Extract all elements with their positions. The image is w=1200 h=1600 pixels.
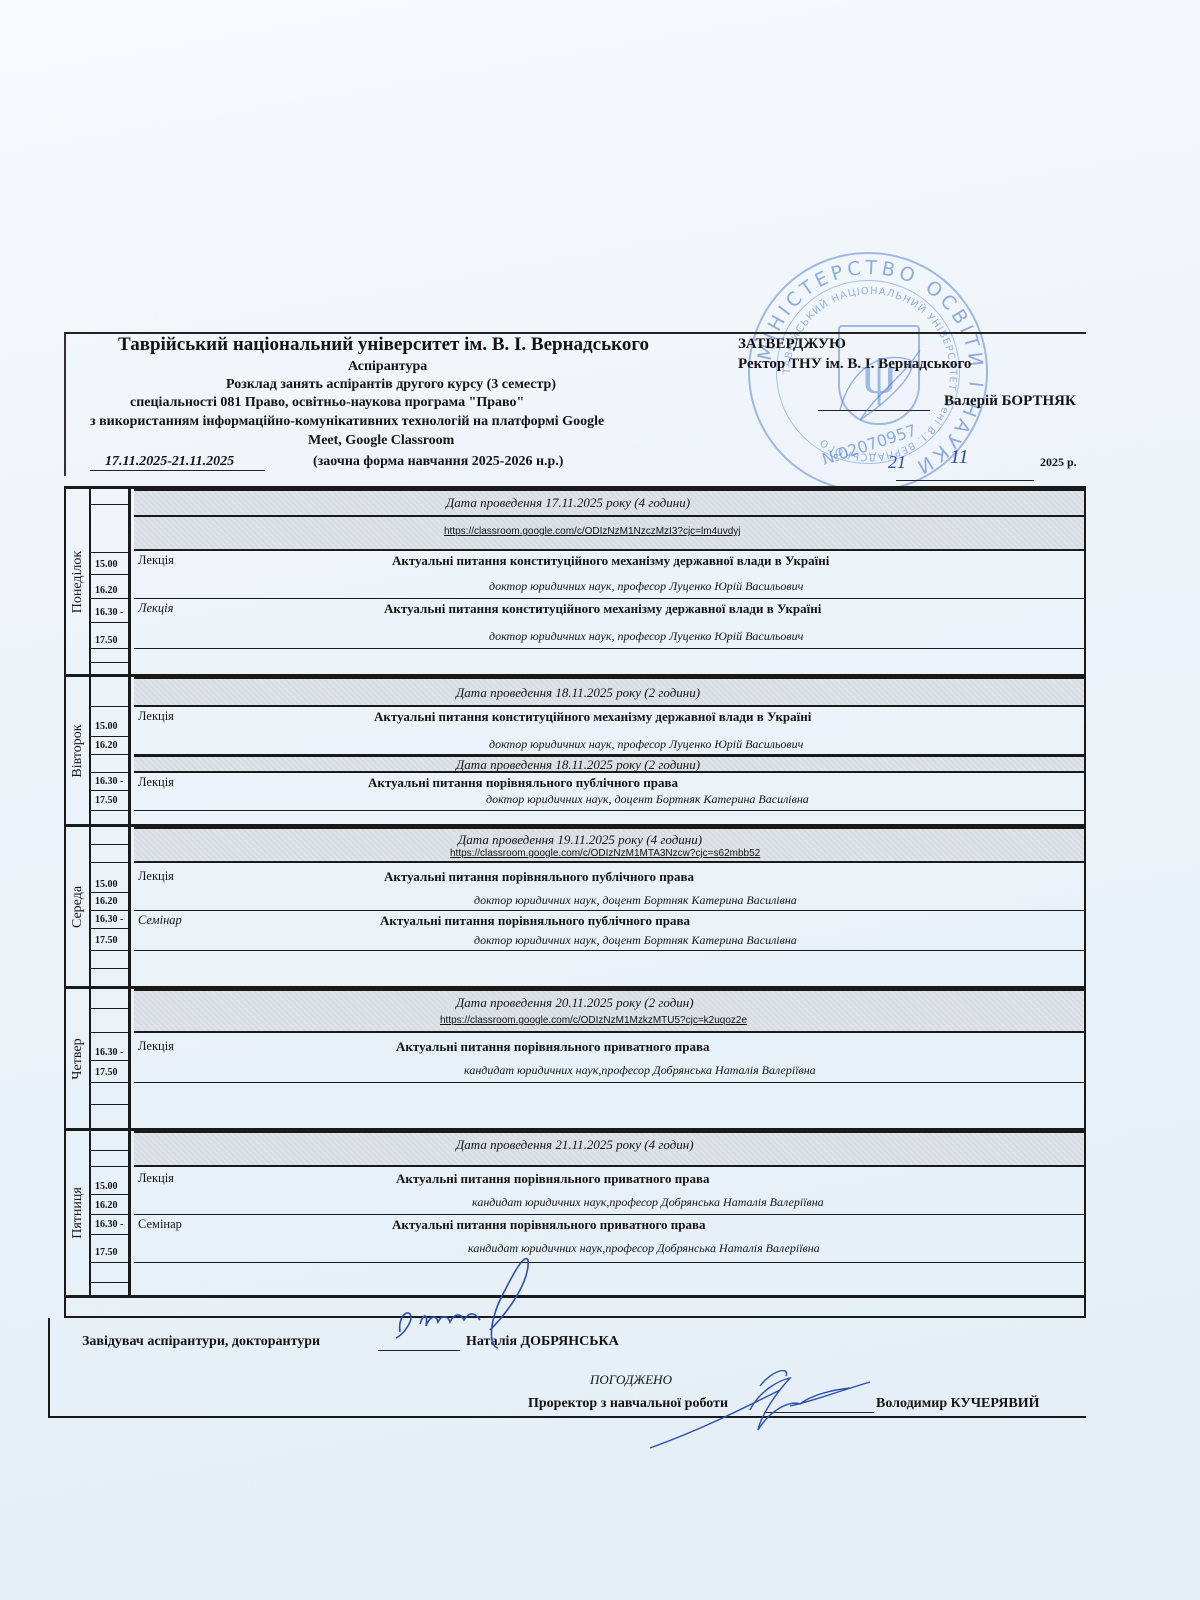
approval-date-year: 2025 р. [1040, 455, 1077, 470]
time-end: 17.50 [91, 791, 128, 811]
lesson-type: Лекція [138, 775, 174, 790]
lesson-subject: Актуальні питання конституційного механі… [392, 553, 829, 569]
time-start: 15.00 [91, 863, 128, 893]
technology-line-1: з використанням інформаційно-комунікатив… [90, 414, 604, 430]
lesson-teacher: кандидат юридичних наук,професор Добрянс… [464, 1063, 816, 1078]
period-label: 17.11.2025-21.11.2025 [90, 454, 265, 471]
lesson-subject: Актуальні питання конституційного механі… [384, 601, 821, 617]
schedule-title: Розклад занять аспірантів другого курсу … [226, 377, 556, 393]
lesson-subject: Актуальні питання порівняльного приватно… [392, 1217, 706, 1233]
lesson-type: Лекція [138, 709, 174, 724]
time-start: 15.00 [91, 1167, 128, 1195]
approval-date-month: 11 [950, 446, 969, 469]
classroom-link[interactable]: https://classroom.google.com/c/ODIzNzM1N… [134, 517, 1084, 551]
lesson-type: Лекція [138, 601, 173, 616]
lesson-teacher: доктор юридичних наук, професор Луценко … [489, 629, 803, 644]
lesson-type: Лекція [138, 1171, 174, 1186]
lesson-type: Лекція [138, 1039, 174, 1054]
time-end: 17.50 [91, 1061, 128, 1083]
time-end: 17.50 [91, 1235, 128, 1263]
lesson-subject: Актуальні питання порівняльного приватно… [396, 1039, 710, 1055]
lesson-row: Лекція Актуальні питання порівняльного п… [134, 1033, 1084, 1083]
time-end: 16.20 [91, 893, 128, 911]
lesson-subject: Актуальні питання порівняльного приватно… [396, 1171, 710, 1187]
lesson-subject: Актуальні питання порівняльного публічно… [368, 775, 678, 791]
time-end: 16.20 [91, 737, 128, 755]
lesson-type: Семінар [138, 1217, 182, 1232]
day-block-monday: Понеділок 15.00 16.20 16.30 - 17.50 Дата… [66, 489, 1084, 677]
lesson-teacher: доктор юридичних наук, доцент Бортняк Ка… [486, 792, 809, 807]
department-label: Аспірантура [348, 359, 427, 375]
day-block-wednesday: Середа 15.00 16.20 16.30 - 17.50 Дата пр… [66, 827, 1084, 989]
time-end: 16.20 [91, 1195, 128, 1215]
lesson-row: Лекція Актуальні питання порівняльного п… [134, 1167, 1084, 1215]
lesson-teacher: доктор юридичних наук, доцент Бортняк Ка… [474, 893, 797, 908]
lesson-row: Лекція Актуальні питання конституційного… [134, 707, 1084, 755]
time-end: 16.20 [91, 575, 128, 599]
classroom-link[interactable]: https://classroom.google.com/c/ODIzNzM1M… [134, 847, 1084, 863]
vice-rector-name: Володимир КУЧЕРЯВИЙ [876, 1396, 1039, 1412]
rector-name: Валерій БОРТНЯК [944, 393, 1076, 410]
lesson-row: Лекція Актуальні питання порівняльного п… [134, 863, 1084, 911]
lesson-row: Лекція Актуальні питання конституційного… [134, 599, 1084, 649]
lesson-subject: Актуальні питання порівняльного публічно… [380, 913, 690, 929]
lesson-row: Семінар Актуальні питання порівняльного … [134, 911, 1084, 951]
schedule-table: Понеділок 15.00 16.20 16.30 - 17.50 Дата… [64, 486, 1086, 1318]
rector-signature-icon [820, 330, 940, 450]
time-start: 16.30 - [91, 773, 128, 791]
time-start: 15.00 [91, 707, 128, 737]
time-start: 15.00 [91, 553, 128, 575]
specialty-label: спеціальності 081 Право, освітньо-науков… [130, 395, 524, 411]
time-end: 17.50 [91, 623, 128, 649]
lesson-row: Семінар Актуальні питання порівняльного … [134, 1215, 1084, 1263]
day-label: Середа [70, 885, 86, 927]
day-block-thursday: Четвер 16.30 - 17.50 Дата проведення 20.… [66, 989, 1084, 1131]
day-label: Понеділок [70, 550, 86, 612]
lesson-row: Лекція Актуальні питання порівняльного п… [134, 773, 1084, 811]
head-position: Завідувач аспірантури, докторантури [82, 1334, 320, 1350]
time-start: 16.30 - [91, 1215, 128, 1235]
lesson-type: Семінар [138, 913, 182, 928]
lesson-teacher: доктор юридичних наук, професор Луценко … [489, 579, 803, 594]
lesson-teacher: доктор юридичних наук, професор Луценко … [489, 737, 803, 752]
day-label: Вівторок [70, 724, 86, 777]
day-block-tuesday: Вівторок 15.00 16.20 16.30 - 17.50 Дата … [66, 677, 1084, 827]
date-row: Дата проведення 21.11.2025 року (4 годин… [134, 1131, 1084, 1167]
lesson-type: Лекція [138, 869, 174, 884]
date-row: Дата проведення 17.11.2025 року (4 годин… [134, 489, 1084, 517]
lesson-subject: Актуальні питання конституційного механі… [374, 709, 811, 725]
time-start: 16.30 - [91, 911, 128, 929]
date-row: Дата проведення 18.11.2025 року (2 годин… [134, 755, 1084, 773]
lesson-teacher: доктор юридичних наук, доцент Бортняк Ка… [474, 933, 797, 948]
time-start: 16.30 - [91, 1033, 128, 1061]
university-title: Таврійський національний університет ім.… [118, 334, 649, 356]
time-start: 16.30 - [91, 599, 128, 623]
technology-line-2: Meet, Google Classroom [308, 433, 454, 449]
lesson-subject: Актуальні питання порівняльного публічно… [384, 869, 694, 885]
lesson-type: Лекція [138, 553, 174, 568]
study-form-label: (заочна форма навчання 2025-2026 н.р.) [313, 454, 563, 470]
vice-rector-signature-icon [640, 1360, 900, 1460]
lesson-teacher: кандидат юридичних наук,професор Добрянс… [472, 1195, 824, 1210]
day-block-friday: Пятниця 15.00 16.20 16.30 - 17.50 Дата п… [66, 1131, 1084, 1298]
day-label: Пятниця [70, 1187, 86, 1239]
time-end: 17.50 [91, 929, 128, 951]
lesson-row: Лекція Актуальні питання конституційного… [134, 551, 1084, 599]
date-row: Дата проведення 18.11.2025 року (2 годин… [134, 677, 1084, 707]
classroom-link[interactable]: https://classroom.google.com/c/ODIzNzM1M… [134, 1013, 1084, 1031]
head-signature-icon [380, 1250, 560, 1360]
day-label: Четвер [70, 1038, 86, 1079]
